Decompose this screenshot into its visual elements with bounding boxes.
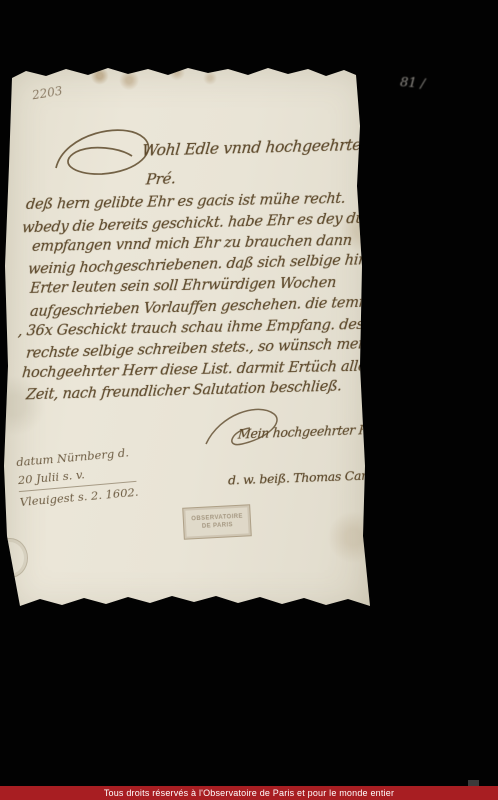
- archive-corner-number: 2203: [31, 84, 63, 103]
- observatoire-stamp: OBSERVATOIRE DE PARIS: [182, 504, 252, 540]
- handwritten-line: Zeit, nach freundlicher Salutation besch…: [25, 379, 342, 404]
- embossed-seal-mark: [0, 538, 28, 578]
- handwritten-line: empfangen vnnd mich Ehr zu brauchen dann: [31, 233, 352, 255]
- folio-number: 81 /: [400, 75, 426, 92]
- subject-line: Pré.: [145, 169, 176, 188]
- handwritten-line: rechste selbige schreiben stets., so wün…: [25, 336, 372, 362]
- handwritten-line: weinig hochgeschriebenen. daß sich selbi…: [27, 252, 368, 278]
- dateline-block: datum Nürnberg d. 20 Julii s. v. Vleuige…: [16, 445, 139, 513]
- manuscript-scan-viewer: 81 / 2203 Wohl Edle vnnd hochgeehrter He…: [0, 0, 498, 800]
- copyright-footer-bar: Tous droits réservés à l'Observatoire de…: [0, 786, 498, 800]
- copyright-text: Tous droits réservés à l'Observatoire de…: [104, 788, 394, 798]
- letter-page: 2203 Wohl Edle vnnd hochgeehrter Herr &.…: [4, 66, 372, 614]
- signature-line: d. w. beiß. Thomas Carl.: [228, 467, 375, 487]
- handwritten-line: Erter leuten sein soll Ehrwürdigen Woche…: [29, 275, 336, 297]
- stamp-line1: OBSERVATOIRE: [191, 513, 243, 522]
- stamp-line2: DE PARIS: [202, 522, 233, 530]
- handwritten-line: aufgeschrieben Vorlauffen geschehen. die…: [29, 294, 400, 320]
- handwritten-line: deß hern gelibte Ehr es gacis ist mühe r…: [25, 191, 346, 213]
- handwritten-line: hochgeehrter Herr diese List. darmit Ert…: [21, 359, 371, 382]
